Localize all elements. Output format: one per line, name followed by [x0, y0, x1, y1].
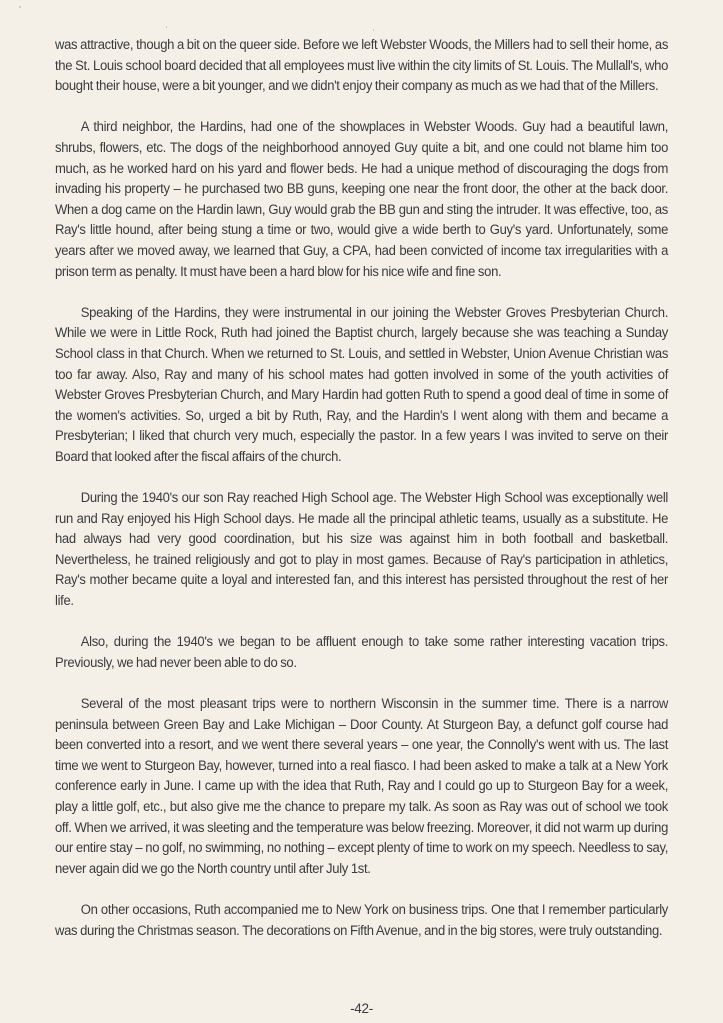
paragraph-high-school: During the 1940's our son Ray reached Hi… [55, 488, 668, 612]
page-number: -42- [0, 1001, 723, 1016]
paragraph-millers: was attractive, though a bit on the quee… [55, 35, 668, 97]
paragraph-wisconsin-trips: Several of the most pleasant trips were … [55, 694, 668, 879]
paper-speck [19, 6, 21, 8]
paragraph-vacation-trips: Also, during the 1940's we began to be a… [55, 632, 668, 673]
paragraph-hardins-neighbor: A third neighbor, the Hardins, had one o… [55, 117, 668, 282]
paragraph-presbyterian-church: Speaking of the Hardins, they were instr… [55, 303, 668, 468]
document-body: was attractive, though a bit on the quee… [55, 35, 668, 962]
paper-speck [373, 29, 374, 31]
paper-speck [166, 26, 167, 28]
paragraph-new-york-trips: On other occasions, Ruth accompanied me … [55, 900, 668, 941]
